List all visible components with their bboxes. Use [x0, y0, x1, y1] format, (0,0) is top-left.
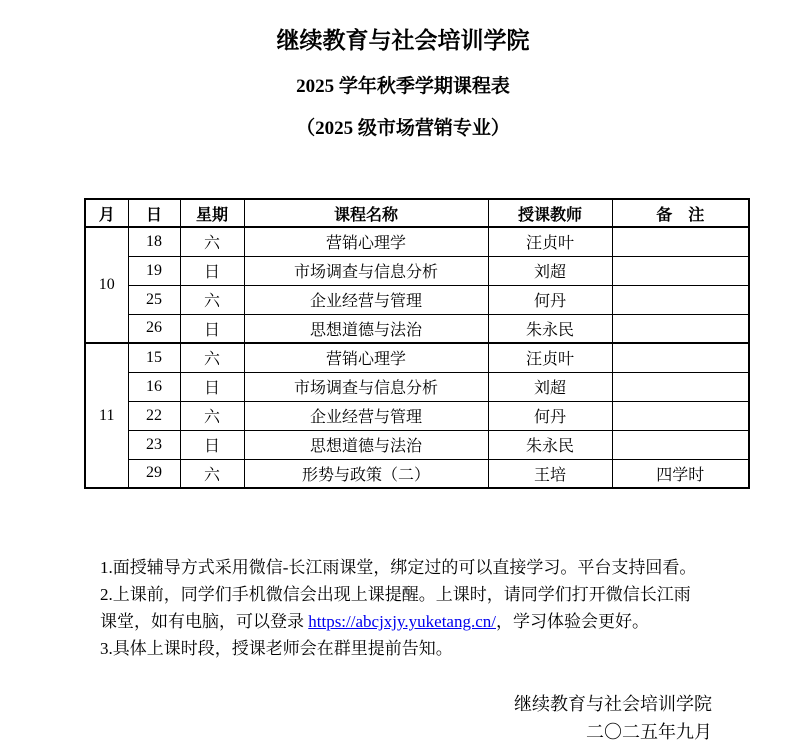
- teacher-cell: 汪贞叶: [488, 343, 612, 372]
- note-text-after: ，学习体验会更好。: [496, 612, 649, 631]
- course-cell: 形势与政策（二）: [244, 459, 488, 488]
- weekday-cell: 日: [180, 256, 244, 285]
- day-cell: 19: [128, 256, 180, 285]
- table-row: 16 日 市场调查与信息分析 刘超: [85, 372, 749, 401]
- signature-org: 继续教育与社会培训学院: [0, 690, 712, 718]
- day-cell: 25: [128, 285, 180, 314]
- table-row: 11 15 六 营销心理学 汪贞叶: [85, 343, 749, 372]
- teacher-cell: 何丹: [488, 285, 612, 314]
- notes-section: 1.面授辅导方式采用微信-长江雨课堂，绑定过的可以直接学习。平台支持回看。 2.…: [100, 554, 760, 662]
- doc-subtitle-major: （2025 级市场营销专业）: [0, 118, 806, 141]
- signature-block: 继续教育与社会培训学院 二〇二五年九月: [0, 690, 806, 746]
- remark-cell: [612, 430, 749, 459]
- note-line-2: 2.上课前，同学们手机微信会出现上课提醒。上课时，请同学们打开微信长江雨 课堂，…: [100, 581, 760, 635]
- document-page: 继续教育与社会培训学院 2025 学年秋季学期课程表 （2025 级市场营销专业…: [0, 0, 806, 753]
- weekday-cell: 日: [180, 430, 244, 459]
- teacher-cell: 朱永民: [488, 430, 612, 459]
- day-cell: 23: [128, 430, 180, 459]
- remark-cell: [612, 401, 749, 430]
- weekday-cell: 六: [180, 227, 244, 256]
- weekday-cell: 六: [180, 343, 244, 372]
- day-cell: 18: [128, 227, 180, 256]
- weekday-cell: 六: [180, 459, 244, 488]
- remark-cell: [612, 372, 749, 401]
- col-header-weekday: 星期: [180, 199, 244, 227]
- table-row: 26 日 思想道德与法治 朱永民: [85, 314, 749, 343]
- remark-cell: [612, 285, 749, 314]
- doc-title: 继续教育与社会培训学院: [0, 0, 806, 55]
- yuketang-link[interactable]: https://abcjxjy.yuketang.cn/: [308, 612, 496, 631]
- weekday-cell: 六: [180, 401, 244, 430]
- course-cell: 企业经营与管理: [244, 285, 488, 314]
- teacher-cell: 汪贞叶: [488, 227, 612, 256]
- signature-date: 二〇二五年九月: [0, 718, 712, 746]
- remark-cell: [612, 314, 749, 343]
- teacher-cell: 王培: [488, 459, 612, 488]
- course-cell: 营销心理学: [244, 227, 488, 256]
- table-row: 19 日 市场调查与信息分析 刘超: [85, 256, 749, 285]
- weekday-cell: 日: [180, 372, 244, 401]
- col-header-course: 课程名称: [244, 199, 488, 227]
- table-row: 23 日 思想道德与法治 朱永民: [85, 430, 749, 459]
- table-row: 10 18 六 营销心理学 汪贞叶: [85, 227, 749, 256]
- table-row: 25 六 企业经营与管理 何丹: [85, 285, 749, 314]
- col-header-remark: 备 注: [612, 199, 749, 227]
- table-header-row: 月 日 星期 课程名称 授课教师 备 注: [85, 199, 749, 227]
- teacher-cell: 朱永民: [488, 314, 612, 343]
- month-cell: 10: [85, 227, 128, 343]
- course-schedule-table: 月 日 星期 课程名称 授课教师 备 注 10 18 六 营销心理学 汪贞叶 1…: [84, 198, 750, 489]
- remark-cell: [612, 227, 749, 256]
- month-cell: 11: [85, 343, 128, 488]
- col-header-day: 日: [128, 199, 180, 227]
- teacher-cell: 刘超: [488, 256, 612, 285]
- course-cell: 思想道德与法治: [244, 314, 488, 343]
- remark-cell: 四学时: [612, 459, 749, 488]
- course-cell: 市场调查与信息分析: [244, 256, 488, 285]
- teacher-cell: 何丹: [488, 401, 612, 430]
- table-row: 22 六 企业经营与管理 何丹: [85, 401, 749, 430]
- remark-cell: [612, 343, 749, 372]
- note-line-3: 3.具体上课时段，授课老师会在群里提前告知。: [100, 635, 760, 662]
- table-row: 29 六 形势与政策（二） 王培 四学时: [85, 459, 749, 488]
- day-cell: 26: [128, 314, 180, 343]
- teacher-cell: 刘超: [488, 372, 612, 401]
- weekday-cell: 六: [180, 285, 244, 314]
- course-cell: 思想道德与法治: [244, 430, 488, 459]
- day-cell: 29: [128, 459, 180, 488]
- col-header-month: 月: [85, 199, 128, 227]
- weekday-cell: 日: [180, 314, 244, 343]
- day-cell: 22: [128, 401, 180, 430]
- course-cell: 企业经营与管理: [244, 401, 488, 430]
- remark-cell: [612, 256, 749, 285]
- course-cell: 营销心理学: [244, 343, 488, 372]
- col-header-teacher: 授课教师: [488, 199, 612, 227]
- course-cell: 市场调查与信息分析: [244, 372, 488, 401]
- day-cell: 16: [128, 372, 180, 401]
- doc-subtitle-term: 2025 学年秋季学期课程表: [0, 76, 806, 99]
- note-line-1: 1.面授辅导方式采用微信-长江雨课堂，绑定过的可以直接学习。平台支持回看。: [100, 554, 760, 581]
- day-cell: 15: [128, 343, 180, 372]
